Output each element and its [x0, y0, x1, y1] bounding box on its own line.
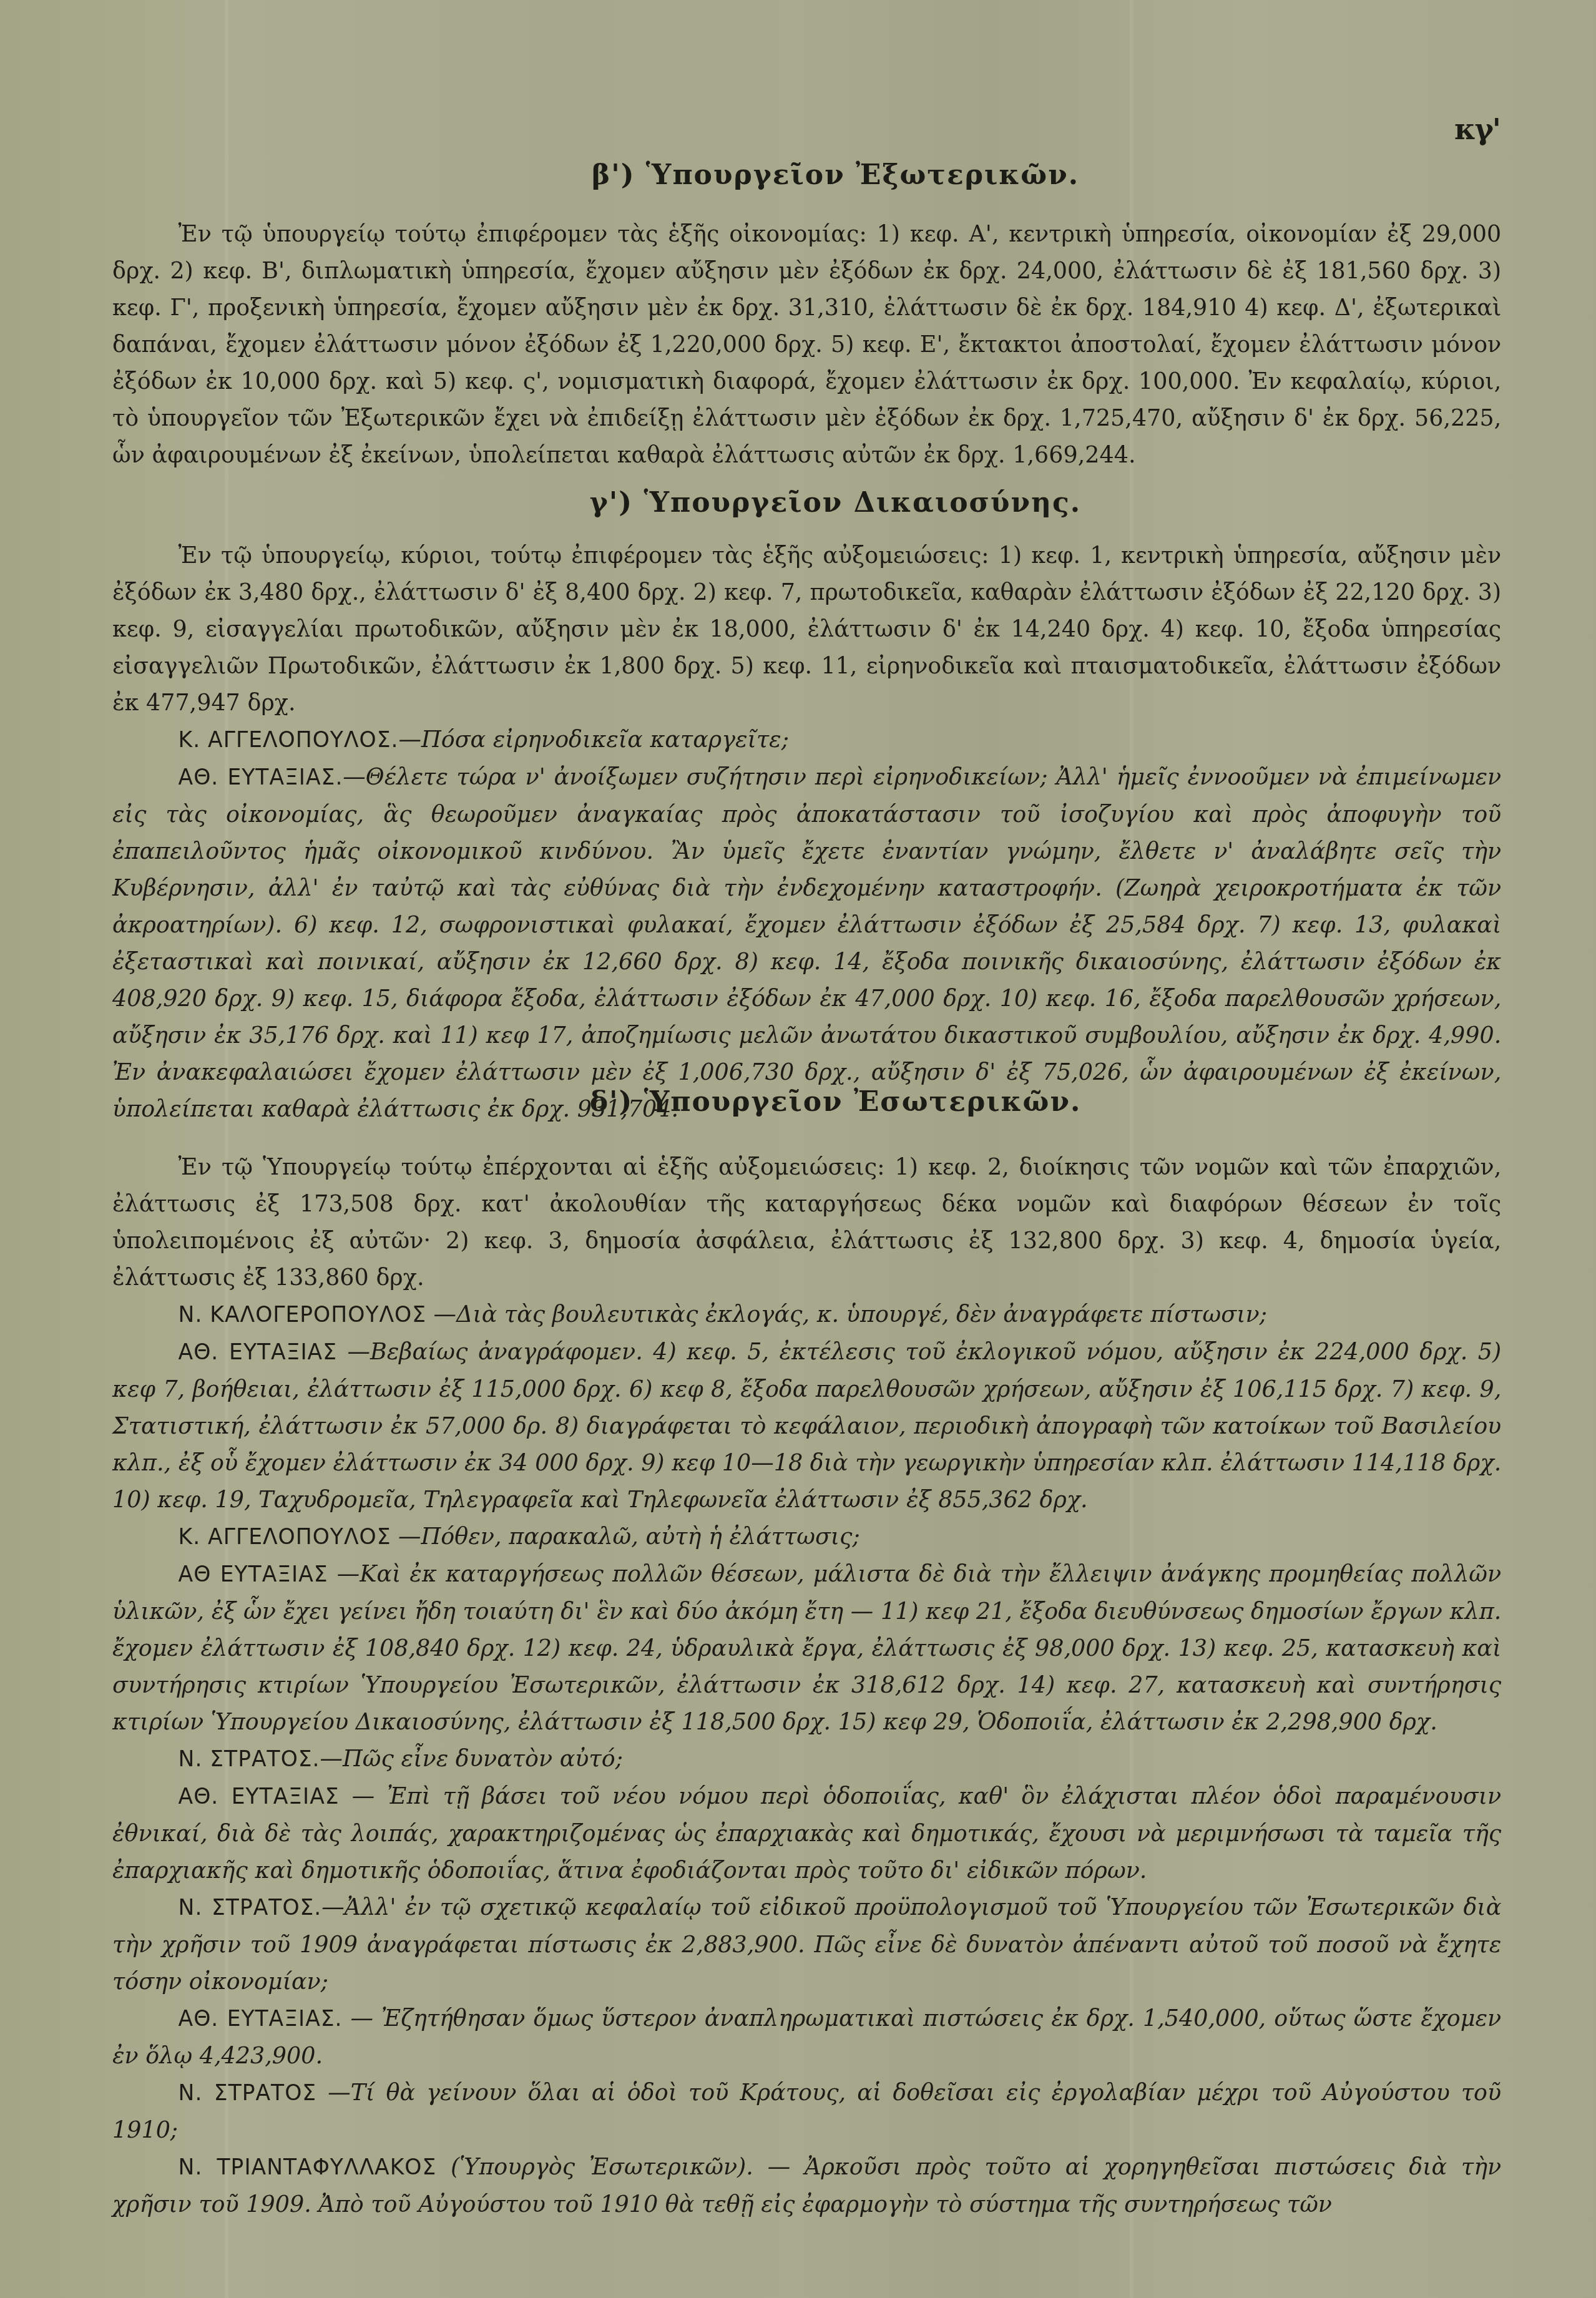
- speaker-name: Ν. ΣΤΡΑΤΟΣ.: [179, 1895, 322, 1920]
- section-heading-justice: γ') Ὑπουργεῖον Δικαιοσύνης.: [0, 487, 1596, 519]
- speech-paragraph: ΑΘ. ΕΥΤΑΞΙΑΣ.—Θέλετε τώρα ν' ἀνοίξωμεν σ…: [112, 758, 1501, 1127]
- speaker-name: ΑΘ. ΕΥΤΑΞΙΑΣ: [179, 1784, 340, 1809]
- section-foreign-affairs: Ἐν τῷ ὑπουργείῳ τούτῳ ἐπιφέρομεν τὰς ἑξῆ…: [112, 215, 1501, 473]
- speech-text: —Πῶς εἶνε δυνατὸν αὐτό;: [320, 1744, 623, 1772]
- paragraph-text: Ἐν τῷ ὑπουργείῳ τούτῳ ἐπιφέρομεν τὰς ἑξῆ…: [112, 220, 1501, 468]
- paragraph-text: Ἐν τῷ ὑπουργείῳ, κύριοι, τούτῳ ἐπιφέρομε…: [112, 541, 1501, 716]
- speech-text: —Πόθεν, παρακαλῶ, αὐτὴ ἡ ἐλάττωσις;: [398, 1522, 860, 1550]
- speech-paragraph: ΑΘ ΕΥΤΑΞΙΑΣ —Καὶ ἐκ καταργήσεως πολλῶν θ…: [112, 1555, 1501, 1740]
- section-interior: Ἐν τῷ Ὑπουργείῳ τούτῳ ἐπέρχονται αἱ ἑξῆς…: [112, 1148, 1501, 2222]
- speech-paragraph: ΑΘ. ΕΥΤΑΞΙΑΣ — Ἐπὶ τῇ βάσει τοῦ νέου νόμ…: [112, 1777, 1501, 1889]
- paragraph: Ἐν τῷ ὑπουργείῳ τούτῳ ἐπιφέρομεν τὰς ἑξῆ…: [112, 215, 1501, 473]
- speaker-name: Κ. ΑΓΓΕΛΟΠΟΥΛΟΣ.: [179, 727, 399, 753]
- speech-text: —Θέλετε τώρα ν' ἀνοίξωμεν συζήτησιν περὶ…: [112, 763, 1501, 1122]
- section-justice: Ἐν τῷ ὑπουργείῳ, κύριοι, τούτῳ ἐπιφέρομε…: [112, 537, 1501, 1127]
- speaker-name: Ν. ΤΡΙΑΝΤΑΦΥΛΛΑΚΟΣ: [179, 2154, 437, 2180]
- section-heading-foreign-affairs: β') Ὑπουργεῖον Ἐξωτερικῶν.: [0, 159, 1596, 191]
- speech-text: —Διὰ τὰς βουλευτικὰς ἐκλογάς, κ. ὑπουργέ…: [434, 1300, 1267, 1327]
- speech-paragraph: ΑΘ. ΕΥΤΑΞΙΑΣ —Βεβαίως ἀναγράφομεν. 4) κε…: [112, 1333, 1501, 1518]
- speech-paragraph: Ν. ΣΤΡΑΤΟΣ —Τί θὰ γείνουν ὅλαι αἱ ὁδοὶ τ…: [112, 2074, 1501, 2148]
- speaker-name: ΑΘ. ΕΥΤΑΞΙΑΣ: [179, 1339, 337, 1365]
- speaker-name: Ν. ΣΤΡΑΤΟΣ: [179, 2080, 317, 2106]
- speaker-name: ΑΘ ΕΥΤΑΞΙΑΣ: [179, 1562, 328, 1587]
- speaker-name: ΑΘ. ΕΥΤΑΞΙΑΣ.: [179, 2006, 343, 2032]
- speech-paragraph: Ν. ΚΑΛΟΓΕΡΟΠΟΥΛΟΣ —Διὰ τὰς βουλευτικὰς ἐ…: [112, 1296, 1501, 1333]
- speech-paragraph: Ν. ΣΤΡΑΤΟΣ.—Πῶς εἶνε δυνατὸν αὐτό;: [112, 1740, 1501, 1777]
- page-number: κγ': [1454, 112, 1500, 146]
- speech-paragraph: Κ. ΑΓΓΕΛΟΠΟΥΛΟΣ.—Πόσα εἰρηνοδικεῖα καταρ…: [112, 721, 1501, 758]
- section-heading-interior: δ') Ὑπουργεῖον Ἐσωτερικῶν.: [0, 1086, 1596, 1118]
- speech-paragraph: ΑΘ. ΕΥΤΑΞΙΑΣ. — Ἐζητήθησαν ὅμως ὕστερον …: [112, 2000, 1501, 2074]
- speaker-name: ΑΘ. ΕΥΤΑΞΙΑΣ.: [179, 765, 343, 790]
- paragraph: Ἐν τῷ Ὑπουργείῳ τούτῳ ἐπέρχονται αἱ ἑξῆς…: [112, 1148, 1501, 1296]
- speech-paragraph: Κ. ΑΓΓΕΛΟΠΟΥΛΟΣ —Πόθεν, παρακαλῶ, αὐτὴ ἡ…: [112, 1518, 1501, 1555]
- speech-text: —Πόσα εἰρηνοδικεῖα καταργεῖτε;: [398, 725, 789, 753]
- paragraph-text: Ἐν τῷ Ὑπουργείῳ τούτῳ ἐπέρχονται αἱ ἑξῆς…: [112, 1153, 1501, 1291]
- speech-text: —Τί θὰ γείνουν ὅλαι αἱ ὁδοὶ τοῦ Κράτους,…: [112, 2078, 1501, 2143]
- speech-paragraph: Ν. ΤΡΙΑΝΤΑΦΥΛΛΑΚΟΣ (Ὑπουργὸς Ἐσωτερικῶν)…: [112, 2148, 1501, 2222]
- paragraph: Ἐν τῷ ὑπουργείῳ, κύριοι, τούτῳ ἐπιφέρομε…: [112, 537, 1501, 721]
- speaker-name: Ν. ΣΤΡΑΤΟΣ.: [179, 1746, 320, 1772]
- speaker-name: Κ. ΑΓΓΕΛΟΠΟΥΛΟΣ: [179, 1524, 391, 1550]
- speaker-name: Ν. ΚΑΛΟΓΕΡΟΠΟΥΛΟΣ: [179, 1302, 426, 1327]
- speech-paragraph: Ν. ΣΤΡΑΤΟΣ.—Ἀλλ' ἐν τῷ σχετικῷ κεφαλαίῳ …: [112, 1889, 1501, 2000]
- document-page: κγ' β') Ὑπουργεῖον Ἐξωτερικῶν. Ἐν τῷ ὑπο…: [0, 0, 1596, 2298]
